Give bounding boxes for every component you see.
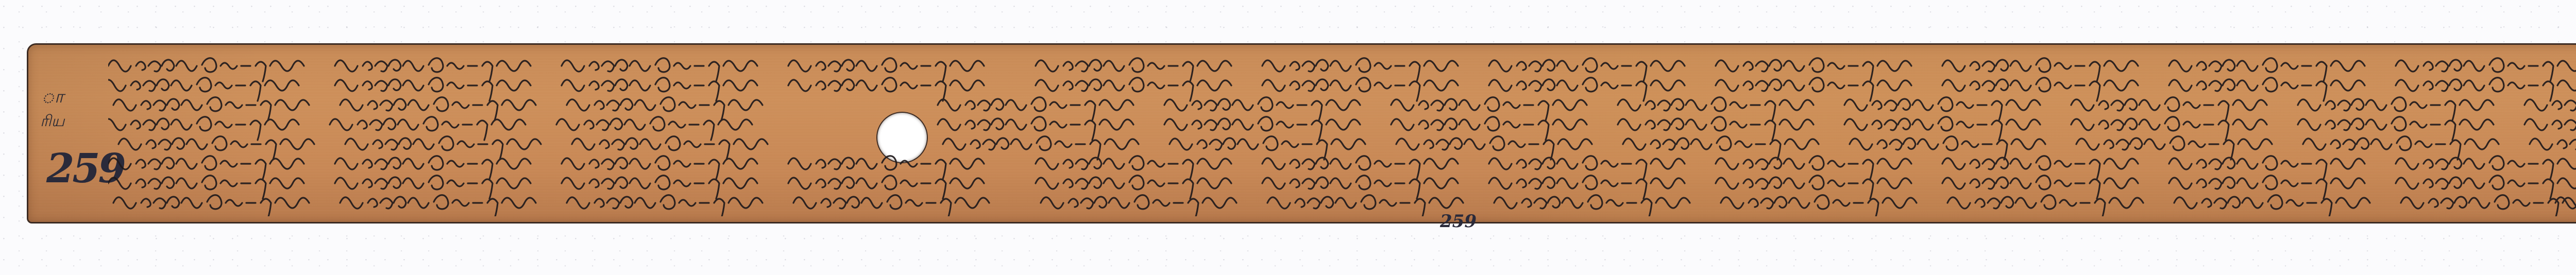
manuscript-text-lines — [108, 51, 2576, 216]
left-margin-note-2: ரிய — [40, 112, 64, 132]
left-margin-note-1: ா — [41, 87, 64, 109]
manuscript-text-note: Eight lines of handwritten Tamil script … — [0, 0, 1, 1]
